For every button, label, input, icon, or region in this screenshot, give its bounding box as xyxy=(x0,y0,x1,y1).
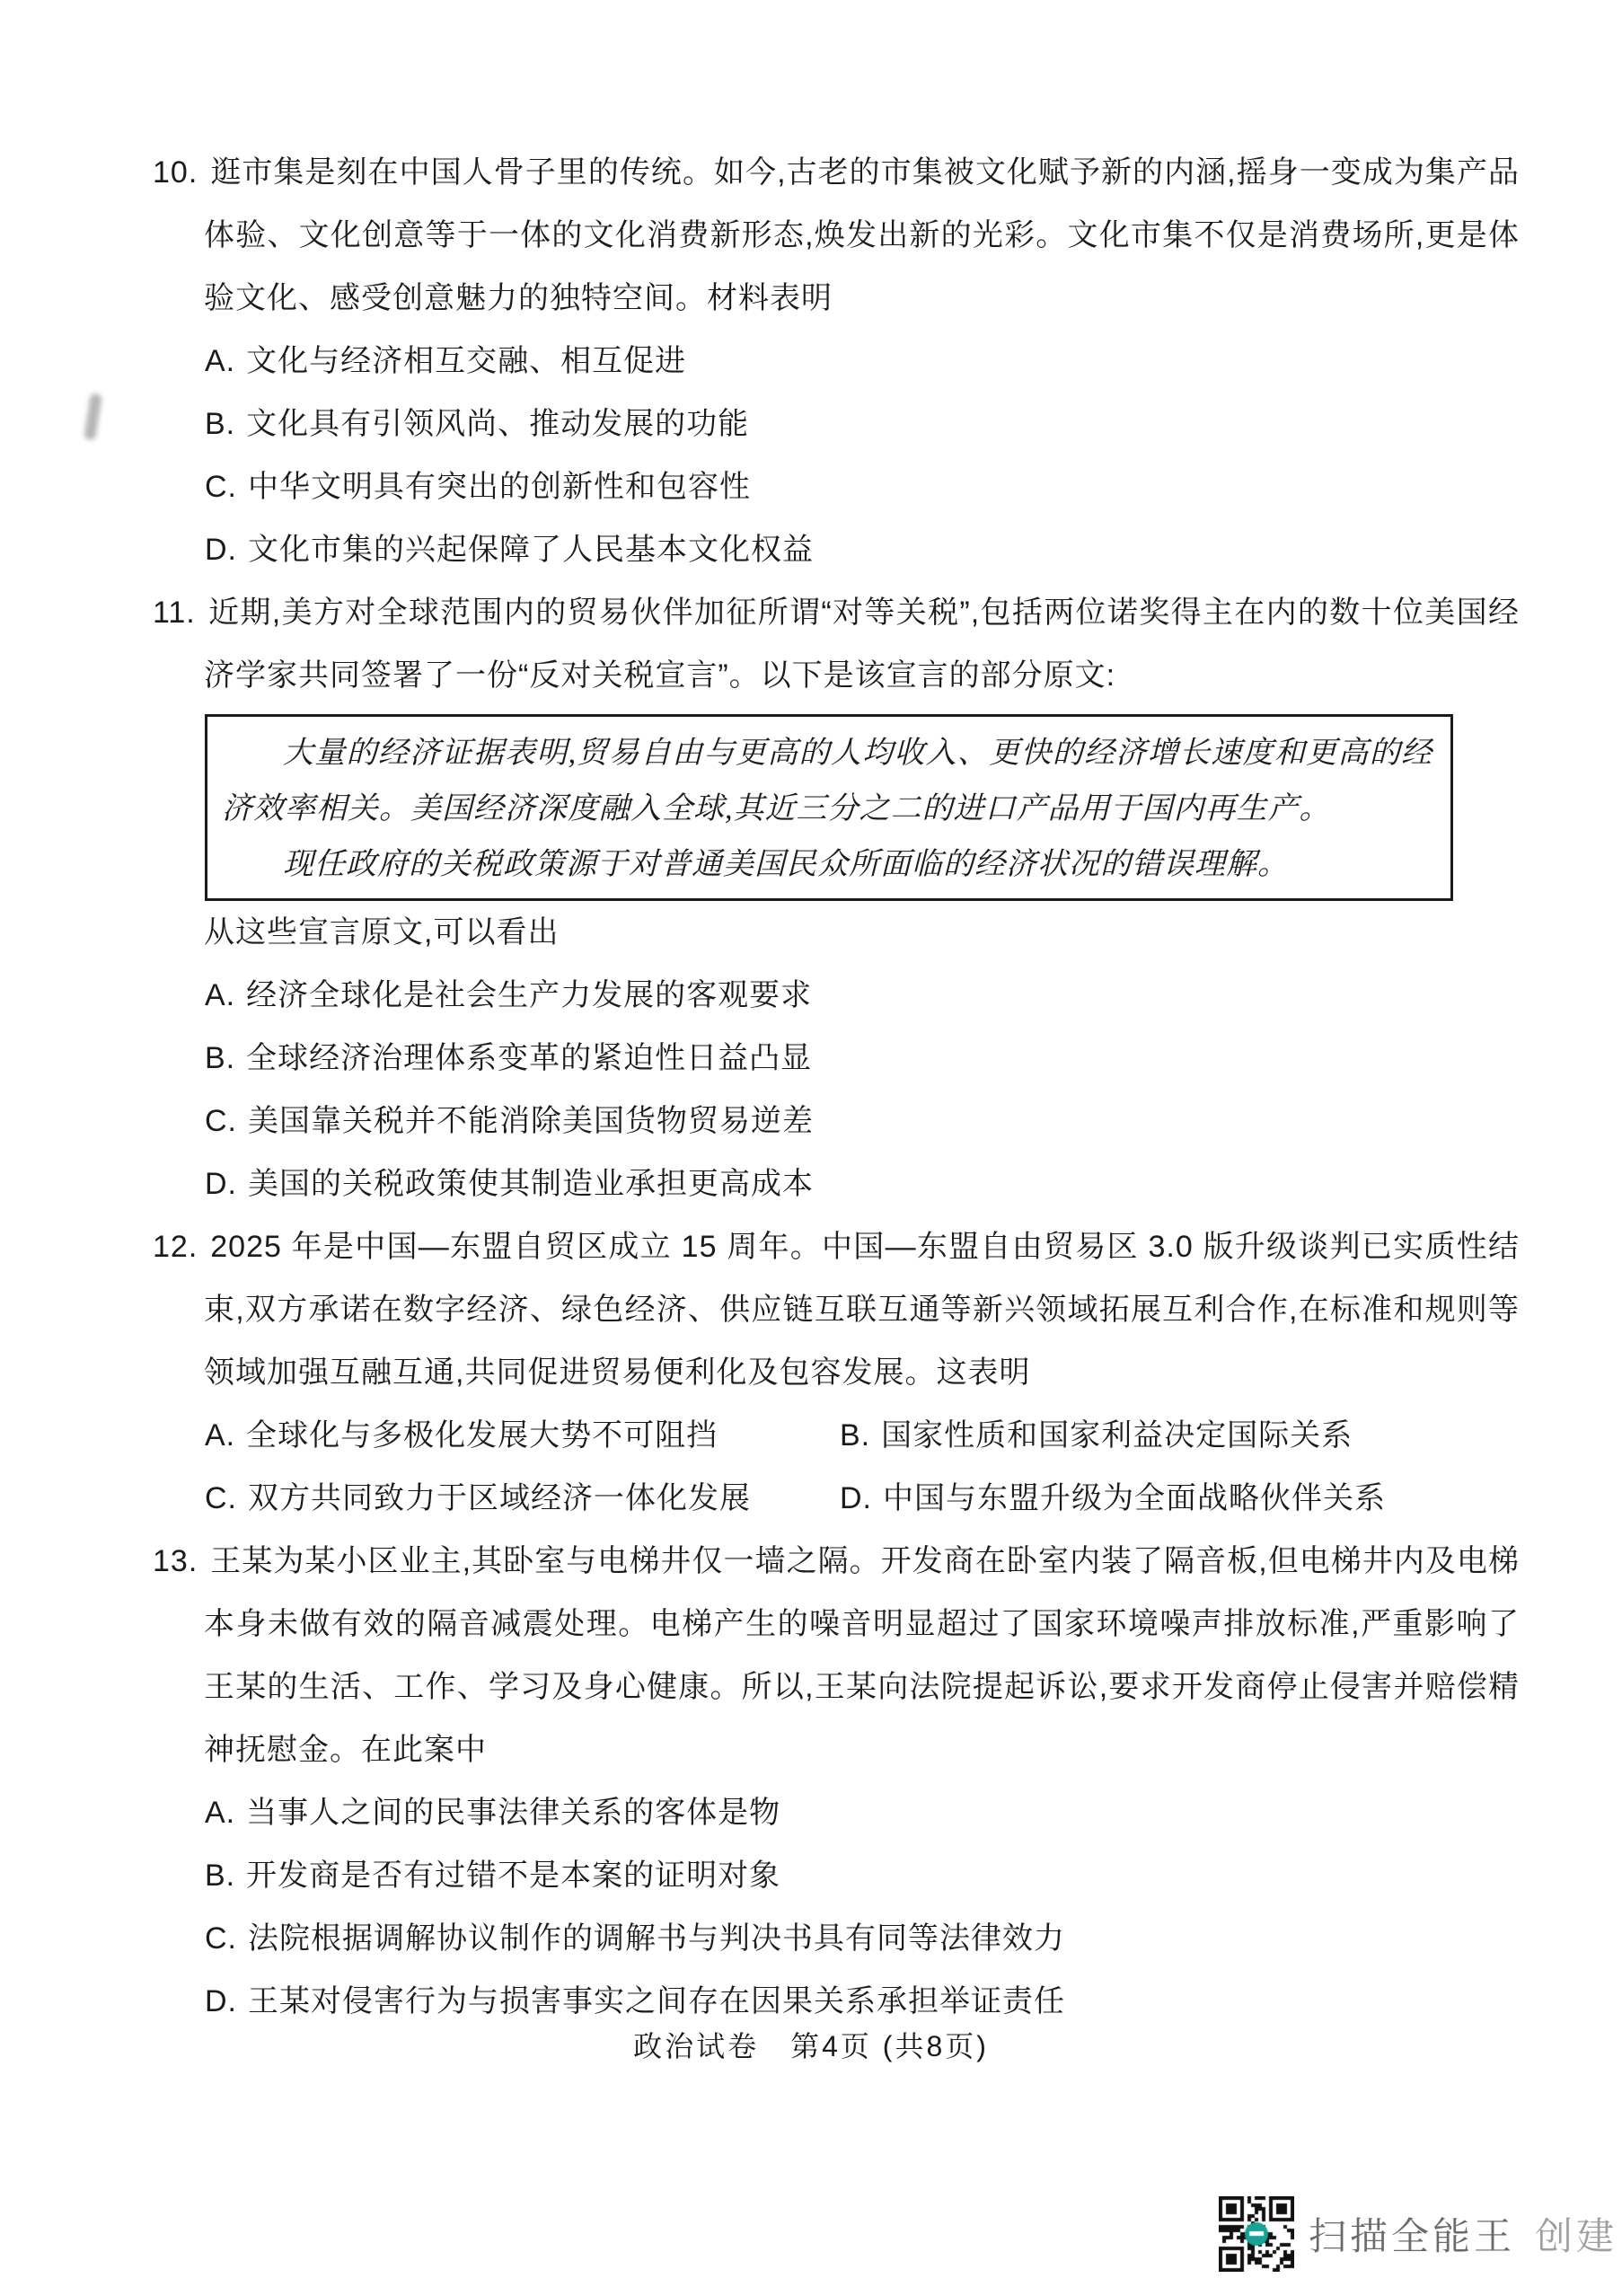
question-10: 10.逛市集是刻在中国人骨子里的传统。如今,古老的市集被文化赋予新的内涵,摇身一… xyxy=(153,141,1520,581)
question-13-options: A.当事人之间的民事法律关系的客体是物 B.开发商是否有过错不是本案的证明对象 … xyxy=(153,1781,1520,2033)
scan-artifact xyxy=(84,393,102,440)
option-label: C. xyxy=(205,1481,237,1515)
question-11-options: A.经济全球化是社会生产力发展的客观要求 B.全球经济治理体系变革的紧迫性日益凸… xyxy=(153,964,1520,1215)
option-text: 文化与经济相互交融、相互促进 xyxy=(246,344,686,378)
quote-paragraph-1: 大量的经济证据表明,贸易自由与更高的人均收入、更快的经济增长速度和更高的经济效率… xyxy=(222,726,1432,837)
option-text: 开发商是否有过错不是本案的证明对象 xyxy=(246,1859,780,1893)
option-text: 全球经济治理体系变革的紧迫性日益凸显 xyxy=(246,1041,812,1075)
option-label: C. xyxy=(205,1104,237,1138)
option-label: A. xyxy=(205,978,235,1012)
question-10-option-b: B.文化具有引领风尚、推动发展的功能 xyxy=(205,393,1520,455)
question-13-stem: 13.王某为某小区业主,其卧室与电梯井仅一墙之隔。开发商在卧室内装了隔音板,但电… xyxy=(153,1530,1520,1781)
option-label: A. xyxy=(205,1418,235,1453)
question-12-option-a: A.全球化与多极化发展大势不可阻挡 xyxy=(205,1404,840,1467)
option-label: A. xyxy=(205,344,235,378)
option-text: 全球化与多极化发展大势不可阻挡 xyxy=(246,1418,718,1453)
option-text: 美国靠关税并不能消除美国货物贸易逆差 xyxy=(248,1104,814,1138)
option-text: 当事人之间的民事法律关系的客体是物 xyxy=(246,1796,780,1830)
question-10-option-a: A.文化与经济相互交融、相互促进 xyxy=(205,330,1520,393)
question-12-options: A.全球化与多极化发展大势不可阻挡 B.国家性质和国家利益决定国际关系 C.双方… xyxy=(153,1404,1520,1530)
question-12-option-c: C.双方共同致力于区域经济一体化发展 xyxy=(205,1467,840,1530)
question-12: 12.2025 年是中国—东盟自贸区成立 15 周年。中国—东盟自由贸易区 3.… xyxy=(153,1215,1520,1530)
question-10-option-c: C.中华文明具有突出的创新性和包容性 xyxy=(205,455,1520,518)
question-10-option-d: D.文化市集的兴起保障了人民基本文化权益 xyxy=(205,518,1520,581)
option-label: D. xyxy=(205,1984,237,2018)
page-footer: 政治试卷 第4页 (共8页) xyxy=(0,2024,1622,2065)
question-11-option-c: C.美国靠关税并不能消除美国货物贸易逆差 xyxy=(205,1090,1520,1152)
question-10-options: A.文化与经济相互交融、相互促进 B.文化具有引领风尚、推动发展的功能 C.中华… xyxy=(153,330,1520,581)
exam-paper-page: 10.逛市集是刻在中国人骨子里的传统。如今,古老的市集被文化赋予新的内涵,摇身一… xyxy=(0,0,1622,2296)
question-12-stem: 12.2025 年是中国—东盟自贸区成立 15 周年。中国—东盟自由贸易区 3.… xyxy=(153,1215,1520,1404)
declaration-quote-box: 大量的经济证据表明,贸易自由与更高的人均收入、更快的经济增长速度和更高的经济效率… xyxy=(205,714,1453,901)
qr-code-icon xyxy=(1219,2196,1294,2272)
question-13-stem-text: 王某为某小区业主,其卧室与电梯井仅一墙之隔。开发商在卧室内装了隔音板,但电梯井内… xyxy=(204,1544,1520,1767)
option-label: B. xyxy=(205,1859,235,1893)
question-13-number: 13. xyxy=(153,1544,198,1578)
question-11-stem: 11.近期,美方对全球范围内的贸易伙伴加征所谓“对等关税”,包括两位诺奖得主在内… xyxy=(153,581,1520,707)
option-label: B. xyxy=(840,1418,870,1453)
question-11-stem-text: 近期,美方对全球范围内的贸易伙伴加征所谓“对等关税”,包括两位诺奖得主在内的数十… xyxy=(204,596,1520,693)
question-13: 13.王某为某小区业主,其卧室与电梯井仅一墙之隔。开发商在卧室内装了隔音板,但电… xyxy=(153,1530,1520,2033)
option-text: 法院根据调解协议制作的调解书与判决书具有同等法律效力 xyxy=(248,1921,1065,1956)
question-11-option-a: A.经济全球化是社会生产力发展的客观要求 xyxy=(205,964,1520,1027)
watermark-action-text: 创建 xyxy=(1535,2207,1618,2261)
quote-paragraph-2: 现任政府的关税政策源于对普通美国民众所面临的经济状况的错误理解。 xyxy=(222,837,1432,893)
option-label: B. xyxy=(205,1041,235,1075)
question-10-stem: 10.逛市集是刻在中国人骨子里的传统。如今,古老的市集被文化赋予新的内涵,摇身一… xyxy=(153,141,1520,330)
option-label: C. xyxy=(205,470,237,504)
question-11-option-b: B.全球经济治理体系变革的紧迫性日益凸显 xyxy=(205,1027,1520,1090)
question-12-stem-text: 2025 年是中国—东盟自贸区成立 15 周年。中国—东盟自由贸易区 3.0 版… xyxy=(204,1230,1520,1390)
question-13-option-c: C.法院根据调解协议制作的调解书与判决书具有同等法律效力 xyxy=(205,1907,1520,1970)
option-label: D. xyxy=(840,1481,872,1515)
option-label: D. xyxy=(205,1167,237,1201)
question-11: 11.近期,美方对全球范围内的贸易伙伴加征所谓“对等关税”,包括两位诺奖得主在内… xyxy=(153,581,1520,1215)
question-11-lead-in: 从这些宣言原文,可以看出 xyxy=(153,901,1520,964)
option-text: 中华文明具有突出的创新性和包容性 xyxy=(248,470,751,504)
question-12-number: 12. xyxy=(153,1230,198,1264)
option-text: 国家性质和国家利益决定国际关系 xyxy=(881,1418,1353,1453)
option-text: 中国与东盟升级为全面战略伙伴关系 xyxy=(883,1481,1386,1515)
watermark-brand-text: 扫描全能王 xyxy=(1309,2207,1515,2261)
scanner-watermark: 扫描全能王 创建 xyxy=(1219,2196,1618,2272)
option-text: 文化具有引领风尚、推动发展的功能 xyxy=(246,407,749,441)
option-text: 文化市集的兴起保障了人民基本文化权益 xyxy=(248,533,814,567)
question-11-option-d: D.美国的关税政策使其制造业承担更高成本 xyxy=(205,1152,1520,1215)
option-text: 经济全球化是社会生产力发展的客观要求 xyxy=(246,978,812,1012)
exam-content: 10.逛市集是刻在中国人骨子里的传统。如今,古老的市集被文化赋予新的内涵,摇身一… xyxy=(153,141,1520,2033)
option-text: 双方共同致力于区域经济一体化发展 xyxy=(248,1481,751,1515)
question-10-number: 10. xyxy=(153,155,198,190)
question-13-option-a: A.当事人之间的民事法律关系的客体是物 xyxy=(205,1781,1520,1844)
option-label: B. xyxy=(205,407,235,441)
option-label: C. xyxy=(205,1921,237,1956)
question-12-option-d: D.中国与东盟升级为全面战略伙伴关系 xyxy=(840,1467,1520,1530)
question-11-number: 11. xyxy=(153,596,196,630)
option-label: A. xyxy=(205,1796,235,1830)
option-text: 美国的关税政策使其制造业承担更高成本 xyxy=(248,1167,814,1201)
option-label: D. xyxy=(205,533,237,567)
question-13-option-b: B.开发商是否有过错不是本案的证明对象 xyxy=(205,1844,1520,1907)
question-12-option-b: B.国家性质和国家利益决定国际关系 xyxy=(840,1404,1520,1467)
option-text: 王某对侵害行为与损害事实之间存在因果关系承担举证责任 xyxy=(248,1984,1065,2018)
question-10-stem-text: 逛市集是刻在中国人骨子里的传统。如今,古老的市集被文化赋予新的内涵,摇身一变成为… xyxy=(204,155,1520,315)
